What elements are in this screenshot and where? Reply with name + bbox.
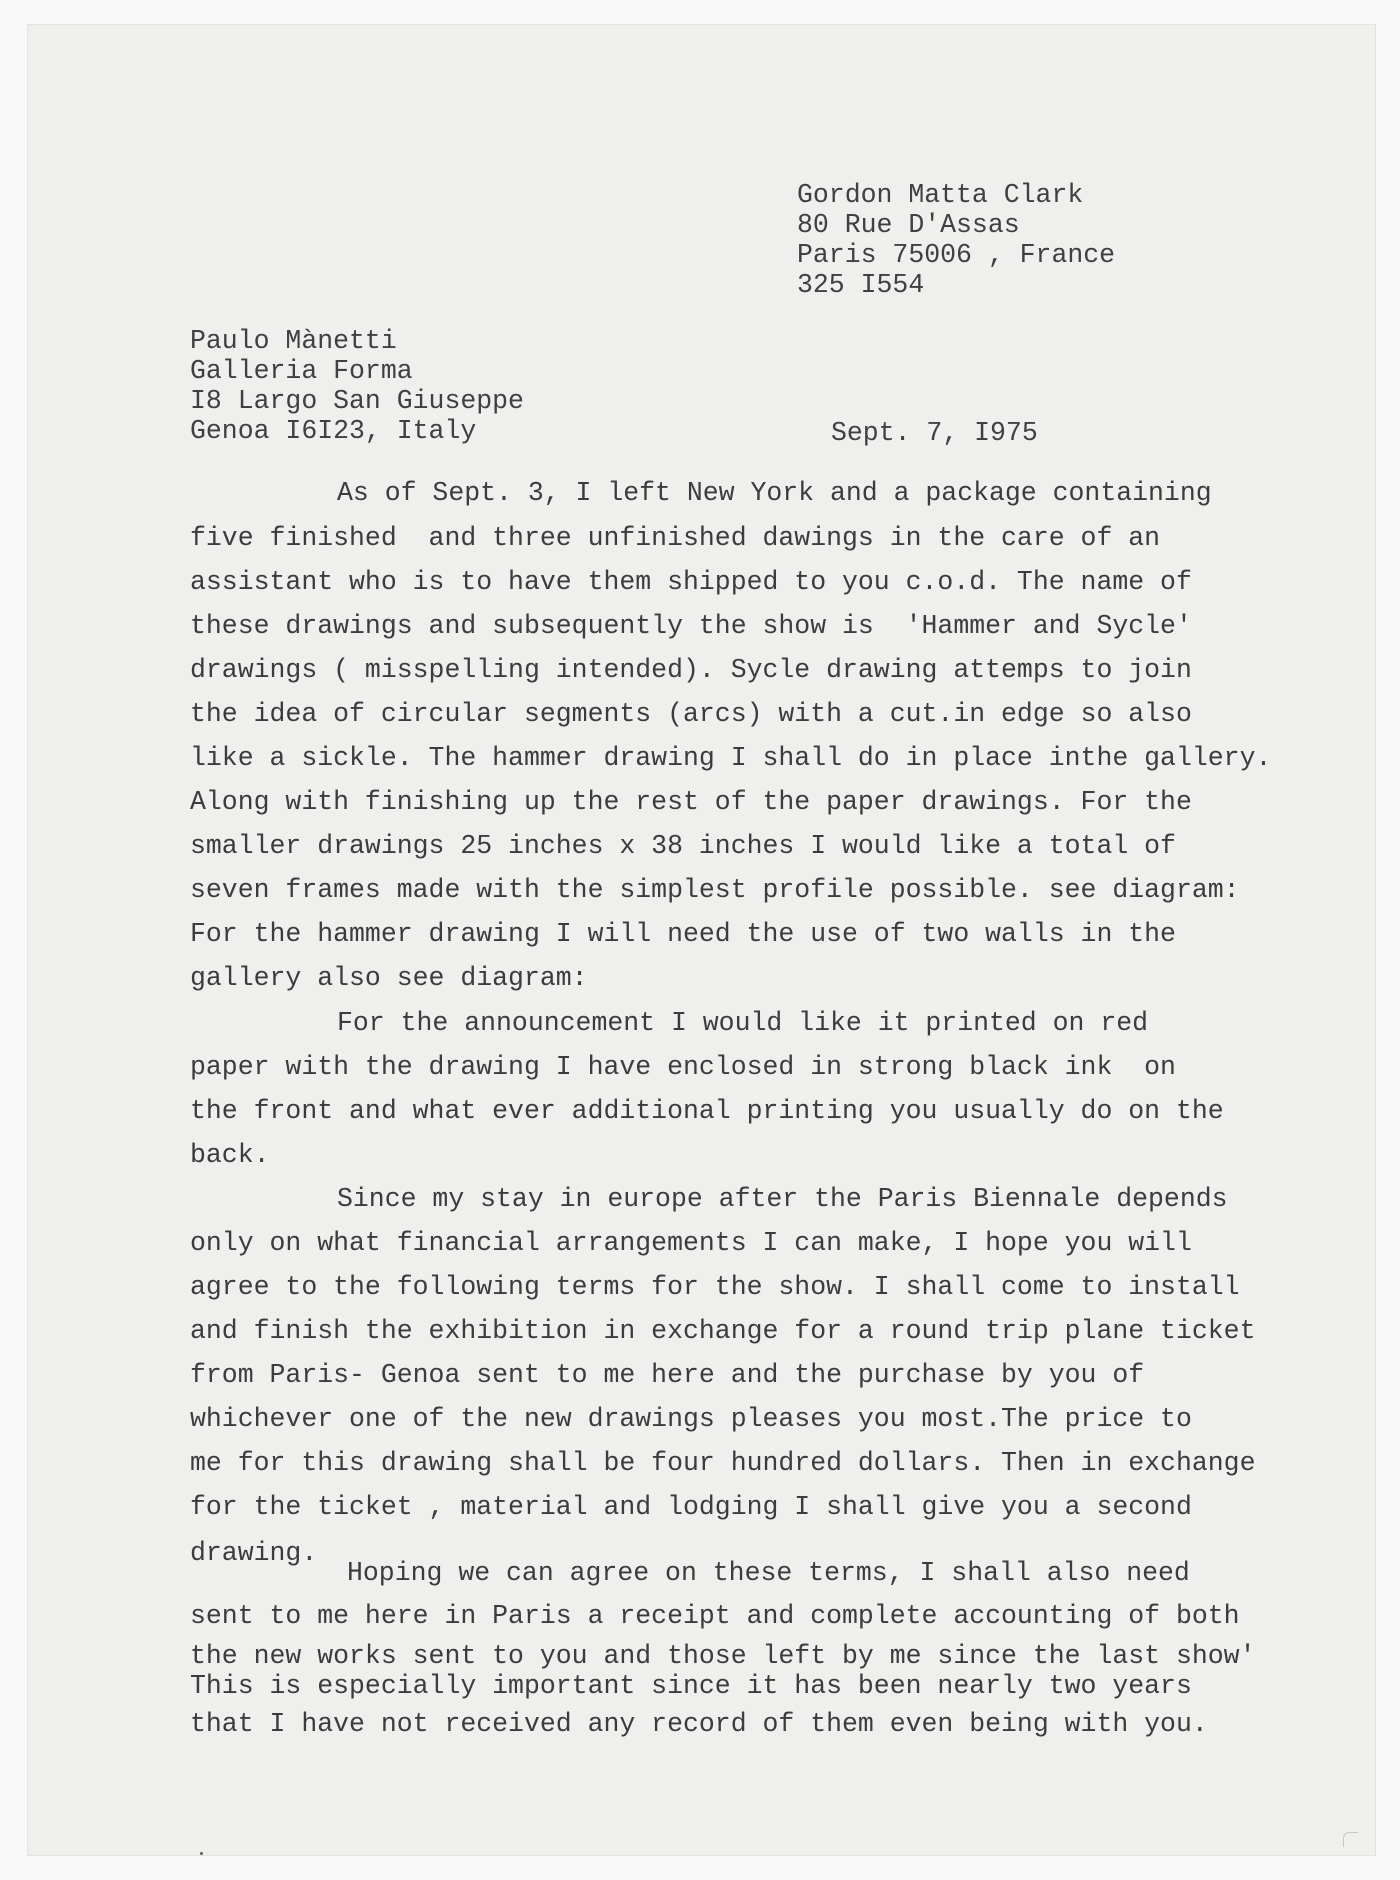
body-line: sent to me here in Paris a receipt and c… xyxy=(190,1603,1240,1630)
recipient-gallery: Galleria Forma xyxy=(190,358,413,385)
body-line: only on what financial arrangements I ca… xyxy=(190,1230,1192,1257)
body-line: For the announcement I would like it pri… xyxy=(337,1010,1148,1037)
paper-crease-mark xyxy=(1343,1832,1358,1847)
body-line: Hoping we can agree on these terms, I sh… xyxy=(347,1560,1190,1587)
body-line: like a sickle. The hammer drawing I shal… xyxy=(190,745,1271,772)
sender-street: 80 Rue D'Assas xyxy=(797,212,1020,239)
sender-phone: 325 I554 xyxy=(797,272,924,299)
body-line: from Paris- Genoa sent to me here and th… xyxy=(190,1362,1144,1389)
body-line: and finish the exhibition in exchange fo… xyxy=(190,1318,1255,1345)
body-line: the new works sent to you and those left… xyxy=(190,1643,1255,1670)
body-line: five finished and three unfinished dawin… xyxy=(190,525,1160,552)
body-line: drawing. xyxy=(190,1540,317,1567)
body-line: these drawings and subsequently the show… xyxy=(190,613,1192,640)
body-line: the front and what ever additional print… xyxy=(190,1098,1224,1125)
sender-name: Gordon Matta Clark xyxy=(797,182,1083,209)
recipient-city: Genoa I6I23, Italy xyxy=(190,418,476,445)
letter-date: Sept. 7, I975 xyxy=(831,420,1038,447)
body-line: drawings ( misspelling intended). Sycle … xyxy=(190,657,1192,684)
body-line: Since my stay in europe after the Paris … xyxy=(337,1186,1228,1213)
body-line: me for this drawing shall be four hundre… xyxy=(190,1450,1255,1477)
body-line: whichever one of the new drawings please… xyxy=(190,1406,1192,1433)
body-line: paper with the drawing I have enclosed i… xyxy=(190,1054,1176,1081)
body-line: assistant who is to have them shipped to… xyxy=(190,569,1192,596)
body-line: seven frames made with the simplest prof… xyxy=(190,877,1240,904)
recipient-name: Paulo Mànetti xyxy=(190,328,397,355)
body-line: smaller drawings 25 inches x 38 inches I… xyxy=(190,833,1176,860)
body-line: the idea of circular segments (arcs) wit… xyxy=(190,701,1192,728)
body-line: This is especially important since it ha… xyxy=(190,1673,1192,1700)
body-line: For the hammer drawing I will need the u… xyxy=(190,921,1176,948)
body-line: As of Sept. 3, I left New York and a pac… xyxy=(337,480,1212,507)
body-line: gallery also see diagram: xyxy=(190,965,588,992)
body-line: that I have not received any record of t… xyxy=(190,1711,1208,1738)
recipient-street: I8 Largo San Giuseppe xyxy=(190,388,524,415)
body-line: for the ticket , material and lodging I … xyxy=(190,1494,1192,1521)
body-line: agree to the following terms for the sho… xyxy=(190,1274,1240,1301)
body-line: Along with finishing up the rest of the … xyxy=(190,789,1192,816)
body-line: back. xyxy=(190,1142,270,1169)
sender-city: Paris 75006 , France xyxy=(797,242,1115,269)
ink-speck xyxy=(200,1852,203,1855)
